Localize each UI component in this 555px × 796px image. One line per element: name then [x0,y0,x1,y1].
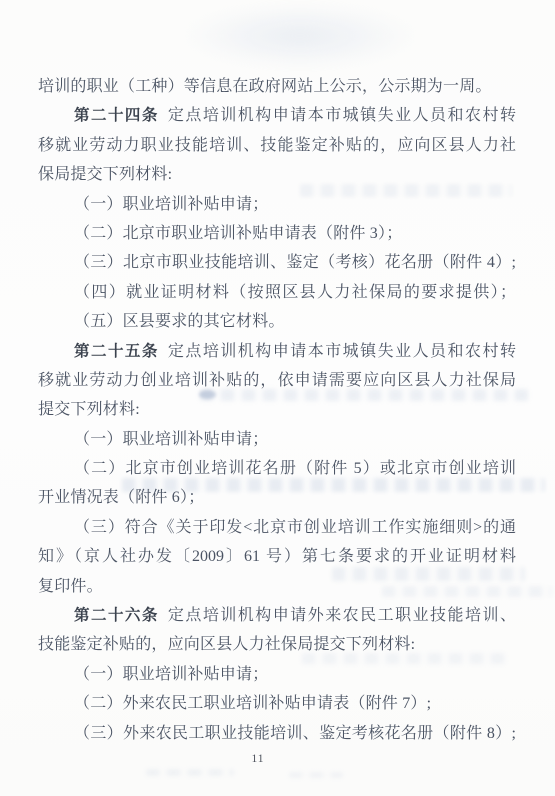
list-item: （一）职业培训补贴申请； [38,660,516,689]
scan-artifact [146,769,234,776]
scanned-document-page: 培训的职业（工种）等信息在政府网站上公示，公示期为一周。 第二十四条定点培训机构… [0,0,555,796]
list-item: （三）外来农民工职业技能培训、鉴定考核花名册（附件 8）; [38,719,516,748]
line-text: （五）区县要求的其它材料。 [74,313,285,330]
line-text: （一）职业培训补贴申请； [74,431,268,448]
line-text: （一）职业培训补贴申请； [74,666,268,683]
article-heading: 第二十六条 [74,607,168,624]
list-item: （三）符合《关于印发<北京市创业培训工作实施细则>的通 [38,513,516,542]
line-text: 复印件。 [38,578,103,595]
line-text: （三）外来农民工职业技能培训、鉴定考核花名册（附件 8）; [74,725,516,742]
line-text: 技能鉴定补贴的，应向区县人力社保局提交下列材料: [38,636,415,653]
list-item: （一）职业培训补贴申请； [38,190,516,219]
article-26-line: 第二十六条定点培训机构申请外来农民工职业技能培训、 [38,601,516,630]
list-item: （三）北京市职业技能培训、鉴定（考核）花名册（附件 4）; [38,248,516,277]
text-line: 技能鉴定补贴的，应向区县人力社保局提交下列材料: [38,630,516,659]
list-item: （五）区县要求的其它材料。 [38,307,516,336]
line-text: 移就业劳动力职业技能培训、技能鉴定补贴的，应向区县人力社 [38,137,516,154]
line-text: （二）北京市职业培训补贴申请表（附件 3）； [74,225,402,242]
line-text: （三）北京市职业技能培训、鉴定（考核）花名册（附件 4）; [74,254,516,271]
article-24-line: 第二十四条定点培训机构申请本市城镇失业人员和农村转 [38,101,516,130]
page-number: 11 [0,753,516,765]
line-text: 培训的职业（工种）等信息在政府网站上公示，公示期为一周。 [38,78,492,95]
list-item: （二）北京市职业培训补贴申请表（附件 3）； [38,219,516,248]
line-text: 提交下列材料: [38,401,140,418]
line-text: 移就业劳动力创业培训补贴的，依申请需要应向区县人力社保局 [38,372,516,389]
article-25-line: 第二十五条定点培训机构申请本市城镇失业人员和农村转 [38,337,516,366]
list-item: （二）北京市创业培训花名册（附件 5）或北京市创业培训 [38,454,516,483]
scan-artifact [185,4,415,68]
text-line: 培训的职业（工种）等信息在政府网站上公示，公示期为一周。 [38,72,516,101]
line-text: （一）职业培训补贴申请； [74,196,268,213]
line-text: （四）就业证明材料（按照区县人力社保局的要求提供）； [74,284,516,301]
text-line: 复印件。 [38,572,516,601]
line-text: 保局提交下列材料: [38,166,172,183]
line-text: 定点培训机构申请外来农民工职业技能培训、 [168,607,516,624]
line-text: 定点培训机构申请本市城镇失业人员和农村转 [168,343,516,360]
list-item: （一）职业培训补贴申请； [38,425,516,454]
document-body: 培训的职业（工种）等信息在政府网站上公示，公示期为一周。 第二十四条定点培训机构… [38,72,516,748]
text-line: 移就业劳动力职业技能培训、技能鉴定补贴的，应向区县人力社 [38,131,516,160]
article-heading: 第二十四条 [74,107,168,124]
article-heading: 第二十五条 [74,343,168,360]
text-line: 提交下列材料: [38,395,516,424]
line-text: （三）符合《关于印发<北京市创业培训工作实施细则>的通 [74,519,516,536]
text-line: 开业情况表（附件 6）； [38,483,516,512]
list-item: （四）就业证明材料（按照区县人力社保局的要求提供）； [38,278,516,307]
text-line: 知》（京人社办发〔2009〕61 号）第七条要求的开业证明材料 [38,542,516,571]
list-item: （二）外来农民工职业培训补贴申请表（附件 7）; [38,689,516,718]
line-text: （二）外来农民工职业培训补贴申请表（附件 7）; [74,695,431,712]
text-line: 保局提交下列材料: [38,160,516,189]
line-text: 定点培训机构申请本市城镇失业人员和农村转 [168,107,516,124]
text-line: 移就业劳动力创业培训补贴的，依申请需要应向区县人力社保局 [38,366,516,395]
line-text: （二）北京市创业培训花名册（附件 5）或北京市创业培训 [74,460,516,477]
line-text: 知》（京人社办发〔2009〕61 号）第七条要求的开业证明材料 [38,548,516,565]
line-text: 开业情况表（附件 6）； [38,489,204,506]
scan-artifact [289,772,343,778]
